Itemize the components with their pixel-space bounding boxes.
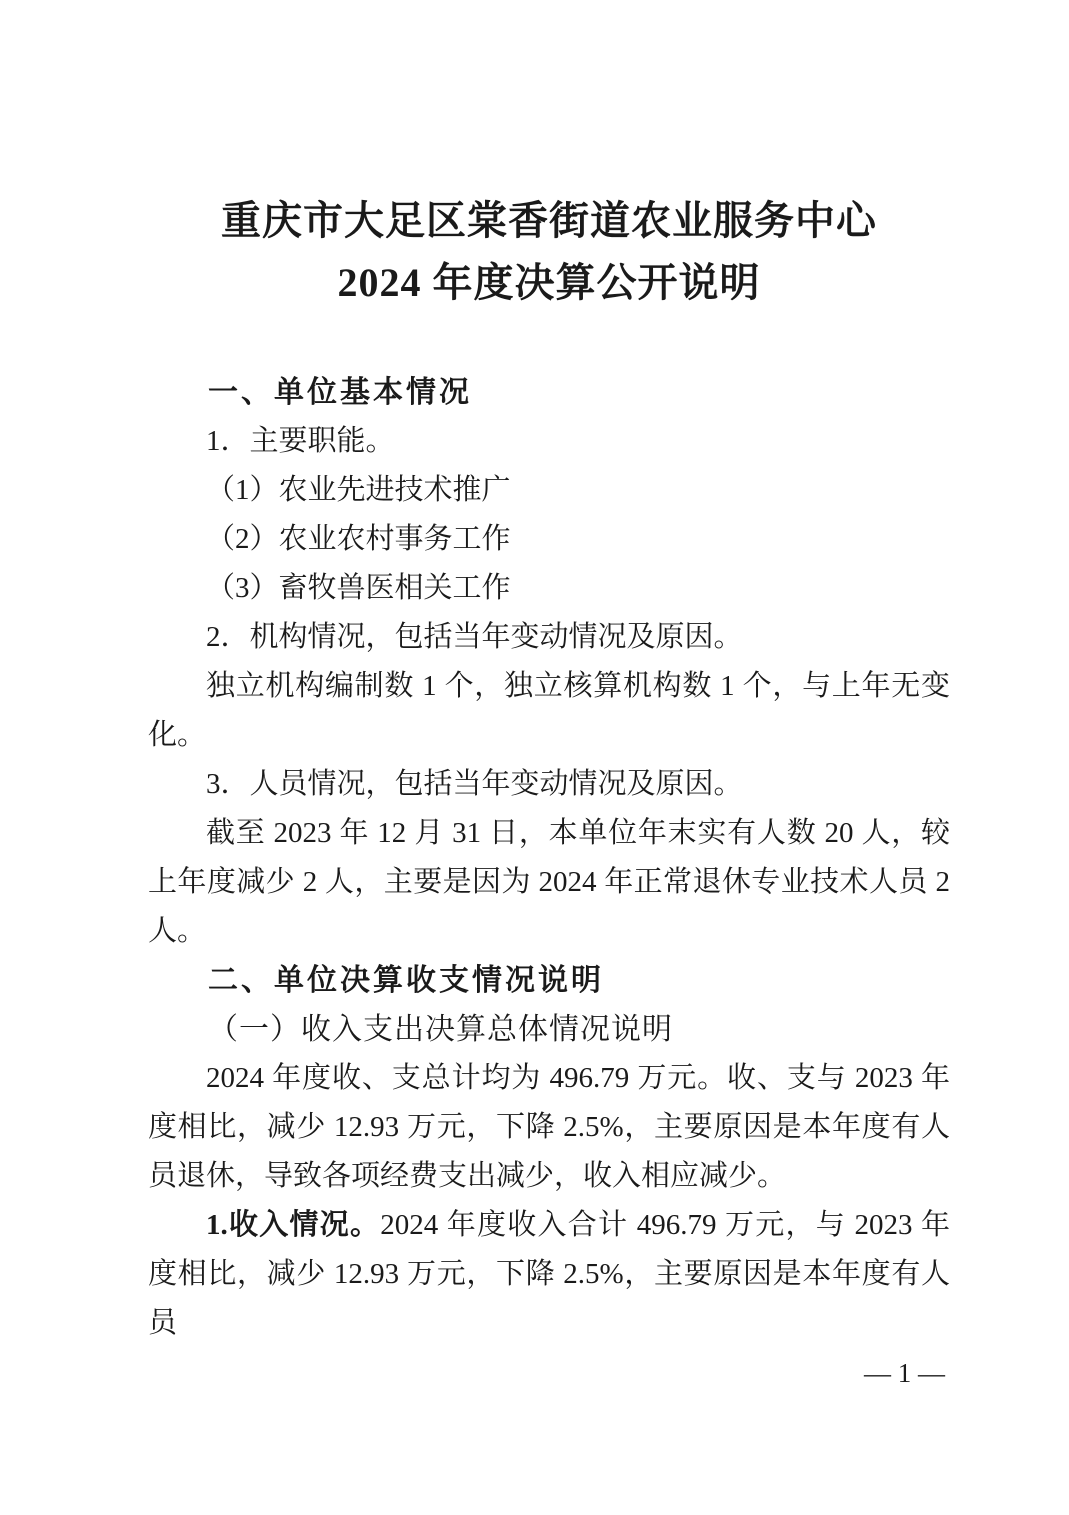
paragraph-income-lead: 1.收入情况。 (206, 1209, 380, 1241)
paragraph-staff-situation: 3．人员情况，包括当年变动情况及原因。 (148, 760, 950, 809)
document-content: 重庆市大足区棠香街道农业服务中心 2024 年度决算公开说明 一、单位基本情况 … (148, 0, 950, 1348)
paragraph-function-item-3: （3）畜牧兽医相关工作 (148, 564, 950, 613)
document-body: 一、单位基本情况 1．主要职能。 （1）农业先进技术推广 （2）农业农村事务工作… (148, 368, 950, 1348)
document-title-line-1: 重庆市大足区棠香街道农业服务中心 (148, 190, 950, 252)
paragraph-function-item-2: （2）农业农村事务工作 (148, 515, 950, 564)
page-number: — 1 — (864, 1356, 945, 1390)
paragraph-income-situation: 1.收入情况。2024 年度收入合计 496.79 万元，与 2023 年度相比… (148, 1201, 950, 1348)
document-title-line-2: 2024 年度决算公开说明 (148, 252, 950, 314)
document-page: 重庆市大足区棠香街道农业服务中心 2024 年度决算公开说明 一、单位基本情况 … (0, 0, 1069, 1515)
paragraph-org-situation: 2．机构情况，包括当年变动情况及原因。 (148, 613, 950, 662)
paragraph-staff-detail: 截至 2023 年 12 月 31 日，本单位年末实有人数 20 人，较上年度减… (148, 809, 950, 956)
paragraph-function-item-1: （1）农业先进技术推广 (148, 466, 950, 515)
section-heading-1: 一、单位基本情况 (148, 368, 950, 417)
document-title: 重庆市大足区棠香街道农业服务中心 2024 年度决算公开说明 (148, 190, 950, 314)
paragraph-budget-overview: 2024 年度收、支总计均为 496.79 万元。收、支与 2023 年度相比，… (148, 1054, 950, 1201)
paragraph-org-detail: 独立机构编制数 1 个，独立核算机构数 1 个，与上年无变化。 (148, 662, 950, 760)
sub-heading-2-1: （一）收入支出决算总体情况说明 (148, 1005, 950, 1054)
section-heading-2: 二、单位决算收支情况说明 (148, 956, 950, 1005)
paragraph-main-functions: 1．主要职能。 (148, 417, 950, 466)
